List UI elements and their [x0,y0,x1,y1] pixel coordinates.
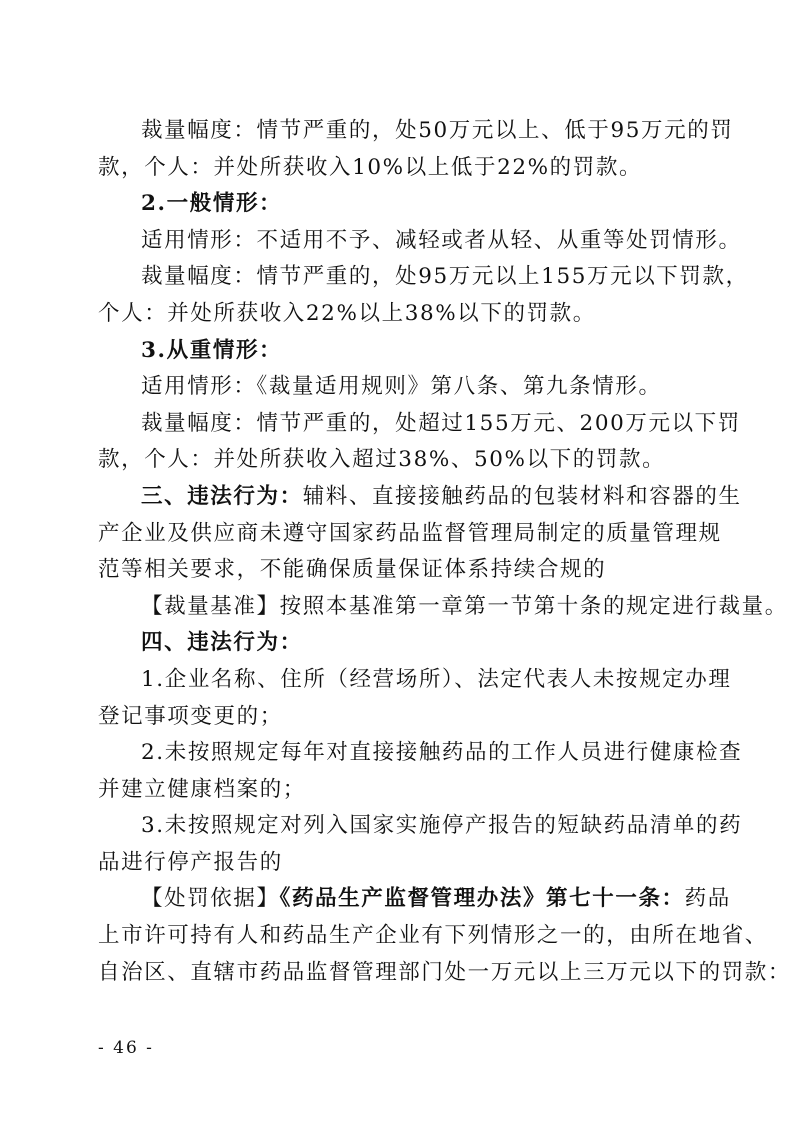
text-line: 范等相关要求，不能确保质量保证体系持续合规的 [98,552,695,589]
text-line: 产企业及供应商未遵守国家药品监督管理局制定的质量管理规 [98,516,695,553]
section-heading: 四、违法行为： [98,625,695,662]
text-line: 【处罚依据】《药品生产监督管理办法》第七十一条：药品 [98,881,695,918]
text-line: 适用情形：《裁量适用规则》第八条、第九条情形。 [98,369,695,406]
section-heading: 3.从重情形： [98,333,695,370]
basis-text: 药品 [685,886,731,911]
text-line: 款，个人：并处所获收入超过38%、50%以下的罚款。 [98,442,695,479]
violation-heading: 三、违法行为： [141,484,303,509]
text-line: 品进行停产报告的 [98,845,695,882]
text-line: 登记事项变更的； [98,699,695,736]
text-line: 自治区、直辖市药品监督管理部门处一万元以上三万元以下的罚款： [98,955,695,992]
text-line: 上市许可持有人和药品生产企业有下列情形之一的，由所在地省、 [98,918,695,955]
text-line: 裁量幅度：情节严重的，处95万元以上155万元以下罚款， [98,259,695,296]
text-line: 裁量幅度：情节严重的，处超过155万元、200万元以下罚 [98,406,695,443]
text-line: 裁量幅度：情节严重的，处50万元以上、低于95万元的罚 [98,113,695,150]
text-line: 适用情形：不适用不予、减轻或者从轻、从重等处罚情形。 [98,223,695,260]
regulation-title: 《药品生产监督管理办法》第七十一条： [280,886,685,911]
text-line: 2.未按照规定每年对直接接触药品的工作人员进行健康检查 [98,735,695,772]
text-line: 并建立健康档案的； [98,772,695,809]
document-body: 裁量幅度：情节严重的，处50万元以上、低于95万元的罚 款，个人：并处所获收入1… [98,113,695,991]
text-line: 3.未按照规定对列入国家实施停产报告的短缺药品清单的药 [98,808,695,845]
basis-label: 【处罚依据】 [141,886,280,911]
text-line: 1.企业名称、住所（经营场所）、法定代表人未按规定办理 [98,662,695,699]
text-line: 【裁量基准】按照本基准第一章第一节第十条的规定进行裁量。 [98,589,695,626]
text-line: 三、违法行为：辅料、直接接触药品的包装材料和容器的生 [98,479,695,516]
violation-text: 辅料、直接接触药品的包装材料和容器的生 [303,484,742,509]
page-number: - 46 - [98,1038,154,1058]
text-line: 款，个人：并处所获收入10%以上低于22%的罚款。 [98,150,695,187]
text-line: 个人：并处所获收入22%以上38%以下的罚款。 [98,296,695,333]
section-heading: 2.一般情形： [98,186,695,223]
